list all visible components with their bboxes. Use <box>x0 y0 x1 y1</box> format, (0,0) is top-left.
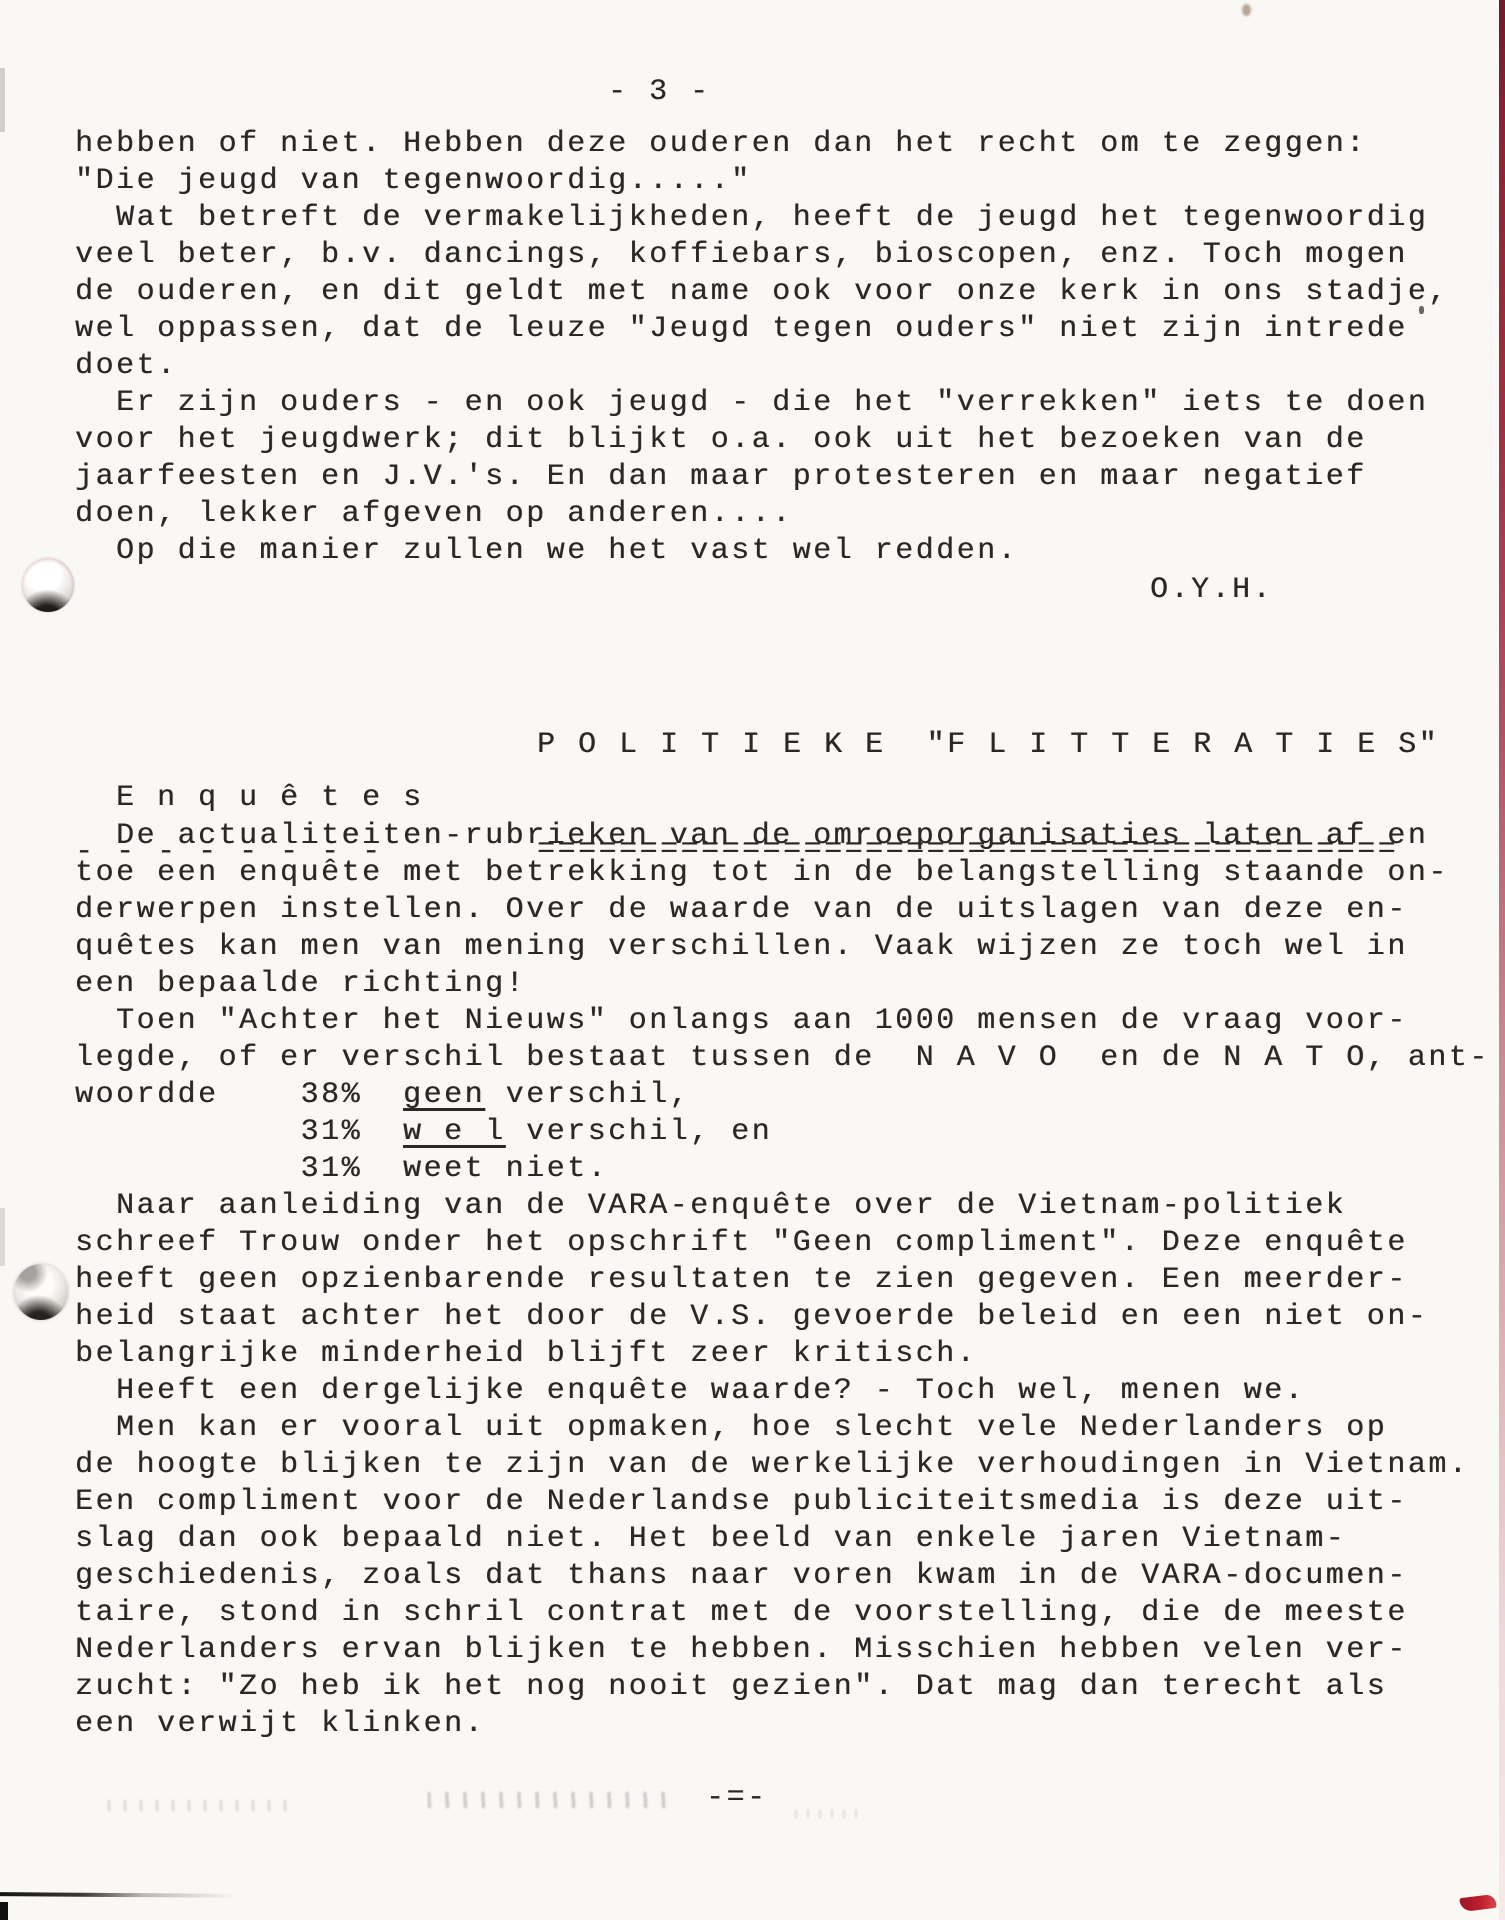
stain-dot <box>1242 4 1251 16</box>
end-mark: -=- <box>706 1780 768 1817</box>
text-line: Heeft een dergelijke enquête waarde? - T… <box>75 1373 1469 1410</box>
underlined-text: w e l <box>403 1115 506 1149</box>
text-line: Nederlanders ervan blijken te hebben. Mi… <box>75 1632 1469 1669</box>
text-line: de hoogte blijken te zijn van de werkeli… <box>75 1447 1469 1484</box>
pencil-smudge <box>108 1800 298 1811</box>
text-line: woordde 38% geen verschil, <box>75 1077 1490 1114</box>
text-line: veel beter, b.v. dancings, koffiebars, b… <box>75 237 1449 274</box>
text-line: heid staat achter het door de V.S. gevoe… <box>75 1299 1469 1336</box>
paper-fastener-ball-bottom <box>14 1264 68 1320</box>
scan-edge-red-stripe <box>1499 0 1505 1920</box>
text-line: een verwijt klinken. <box>75 1706 1469 1743</box>
article-youth-text: hebben of niet. Hebben deze ouderen dan … <box>75 126 1449 570</box>
underlined-text: geen <box>403 1078 485 1112</box>
text-segment: verschil, <box>485 1078 690 1112</box>
scan-artifact-corner-blob <box>0 1902 8 1920</box>
pencil-smudge <box>795 1810 865 1818</box>
text-line: toe een enquête met betrekking tot in de… <box>75 855 1449 892</box>
text-line: doet. <box>75 348 1449 385</box>
text-segment: woordde 38% <box>75 1078 403 1112</box>
scanned-newsletter-page: { "page": { "number": "- 3 -", "end_mark… <box>0 0 1505 1920</box>
text-line: geschiedenis, zoals dat thans naar voren… <box>75 1558 1469 1595</box>
scan-edge-shadow <box>0 1208 5 1266</box>
scan-artifact-black-line <box>0 1892 238 1898</box>
page-number: - 3 - <box>608 74 711 111</box>
text-line: Toen "Achter het Nieuws" onlangs aan 100… <box>75 1003 1490 1040</box>
pencil-smudge <box>428 1792 668 1808</box>
text-line: Een compliment voor de Nederlandse publi… <box>75 1484 1469 1521</box>
ink-speck <box>1419 306 1424 314</box>
text-line: heeft geen opzienbarende resultaten te z… <box>75 1262 1469 1299</box>
text-line: een bepaalde richting! <box>75 966 1449 1003</box>
text-segment: verschil, en <box>506 1115 773 1149</box>
text-line: voor het jeugdwerk; dit blijkt o.a. ook … <box>75 422 1449 459</box>
scan-edge-shadow <box>0 68 5 132</box>
text-line: schreef Trouw onder het opschrift "Geen … <box>75 1225 1469 1262</box>
red-pen-mark <box>1459 1894 1496 1912</box>
text-line: Naar aanleiding van de VARA-enquête over… <box>75 1188 1469 1225</box>
enquetes-body-text: Naar aanleiding van de VARA-enquête over… <box>75 1188 1469 1743</box>
enquetes-intro-text: De actualiteiten-rubrieken van de omroep… <box>75 818 1449 1003</box>
text-line: wel oppassen, dat de leuze "Jeugd tegen … <box>75 311 1449 348</box>
text-line: Er zijn ouders - en ook jeugd - die het … <box>75 385 1449 422</box>
text-line: De actualiteiten-rubrieken van de omroep… <box>75 818 1449 855</box>
text-line: derwerpen instellen. Over de waarde van … <box>75 892 1449 929</box>
text-line: legde, of er verschil bestaat tussen de … <box>75 1040 1490 1077</box>
text-line: Wat betreft de vermakelijkheden, heeft d… <box>75 200 1449 237</box>
text-line: Op die manier zullen we het vast wel red… <box>75 533 1449 570</box>
text-line: doen, lekker afgeven op anderen.... <box>75 496 1449 533</box>
text-segment: 31% <box>75 1115 403 1149</box>
text-line: "Die jeugd van tegenwoordig....." <box>75 163 1449 200</box>
enquetes-heading-text: E n q u ê t e s <box>116 781 424 815</box>
text-line: 31% weet niet. <box>75 1151 1490 1188</box>
paper-fastener-ball-top <box>22 558 74 612</box>
text-line: quêtes kan men van mening verschillen. V… <box>75 929 1449 966</box>
section-heading-title: P O L I T I E K E "F L I T T E R A T I E… <box>537 728 1439 763</box>
text-line: zucht: "Zo heb ik het nog nooit gezien".… <box>75 1669 1469 1706</box>
text-line: taire, stond in schril contrat met de vo… <box>75 1595 1469 1632</box>
text-line: hebben of niet. Hebben deze ouderen dan … <box>75 126 1449 163</box>
text-line: Men kan er vooral uit opmaken, hoe slech… <box>75 1410 1469 1447</box>
text-line: 31% w e l verschil, en <box>75 1114 1490 1151</box>
text-line: slag dan ook bepaald niet. Het beeld van… <box>75 1521 1469 1558</box>
text-line: jaarfeesten en J.V.'s. En dan maar prote… <box>75 459 1449 496</box>
text-line: de ouderen, en dit geldt met name ook vo… <box>75 274 1449 311</box>
article-signature: O.Y.H. <box>1150 572 1273 609</box>
survey-results-text: Toen "Achter het Nieuws" onlangs aan 100… <box>75 1003 1490 1188</box>
text-line: belangrijke minderheid blijft zeer kriti… <box>75 1336 1469 1373</box>
